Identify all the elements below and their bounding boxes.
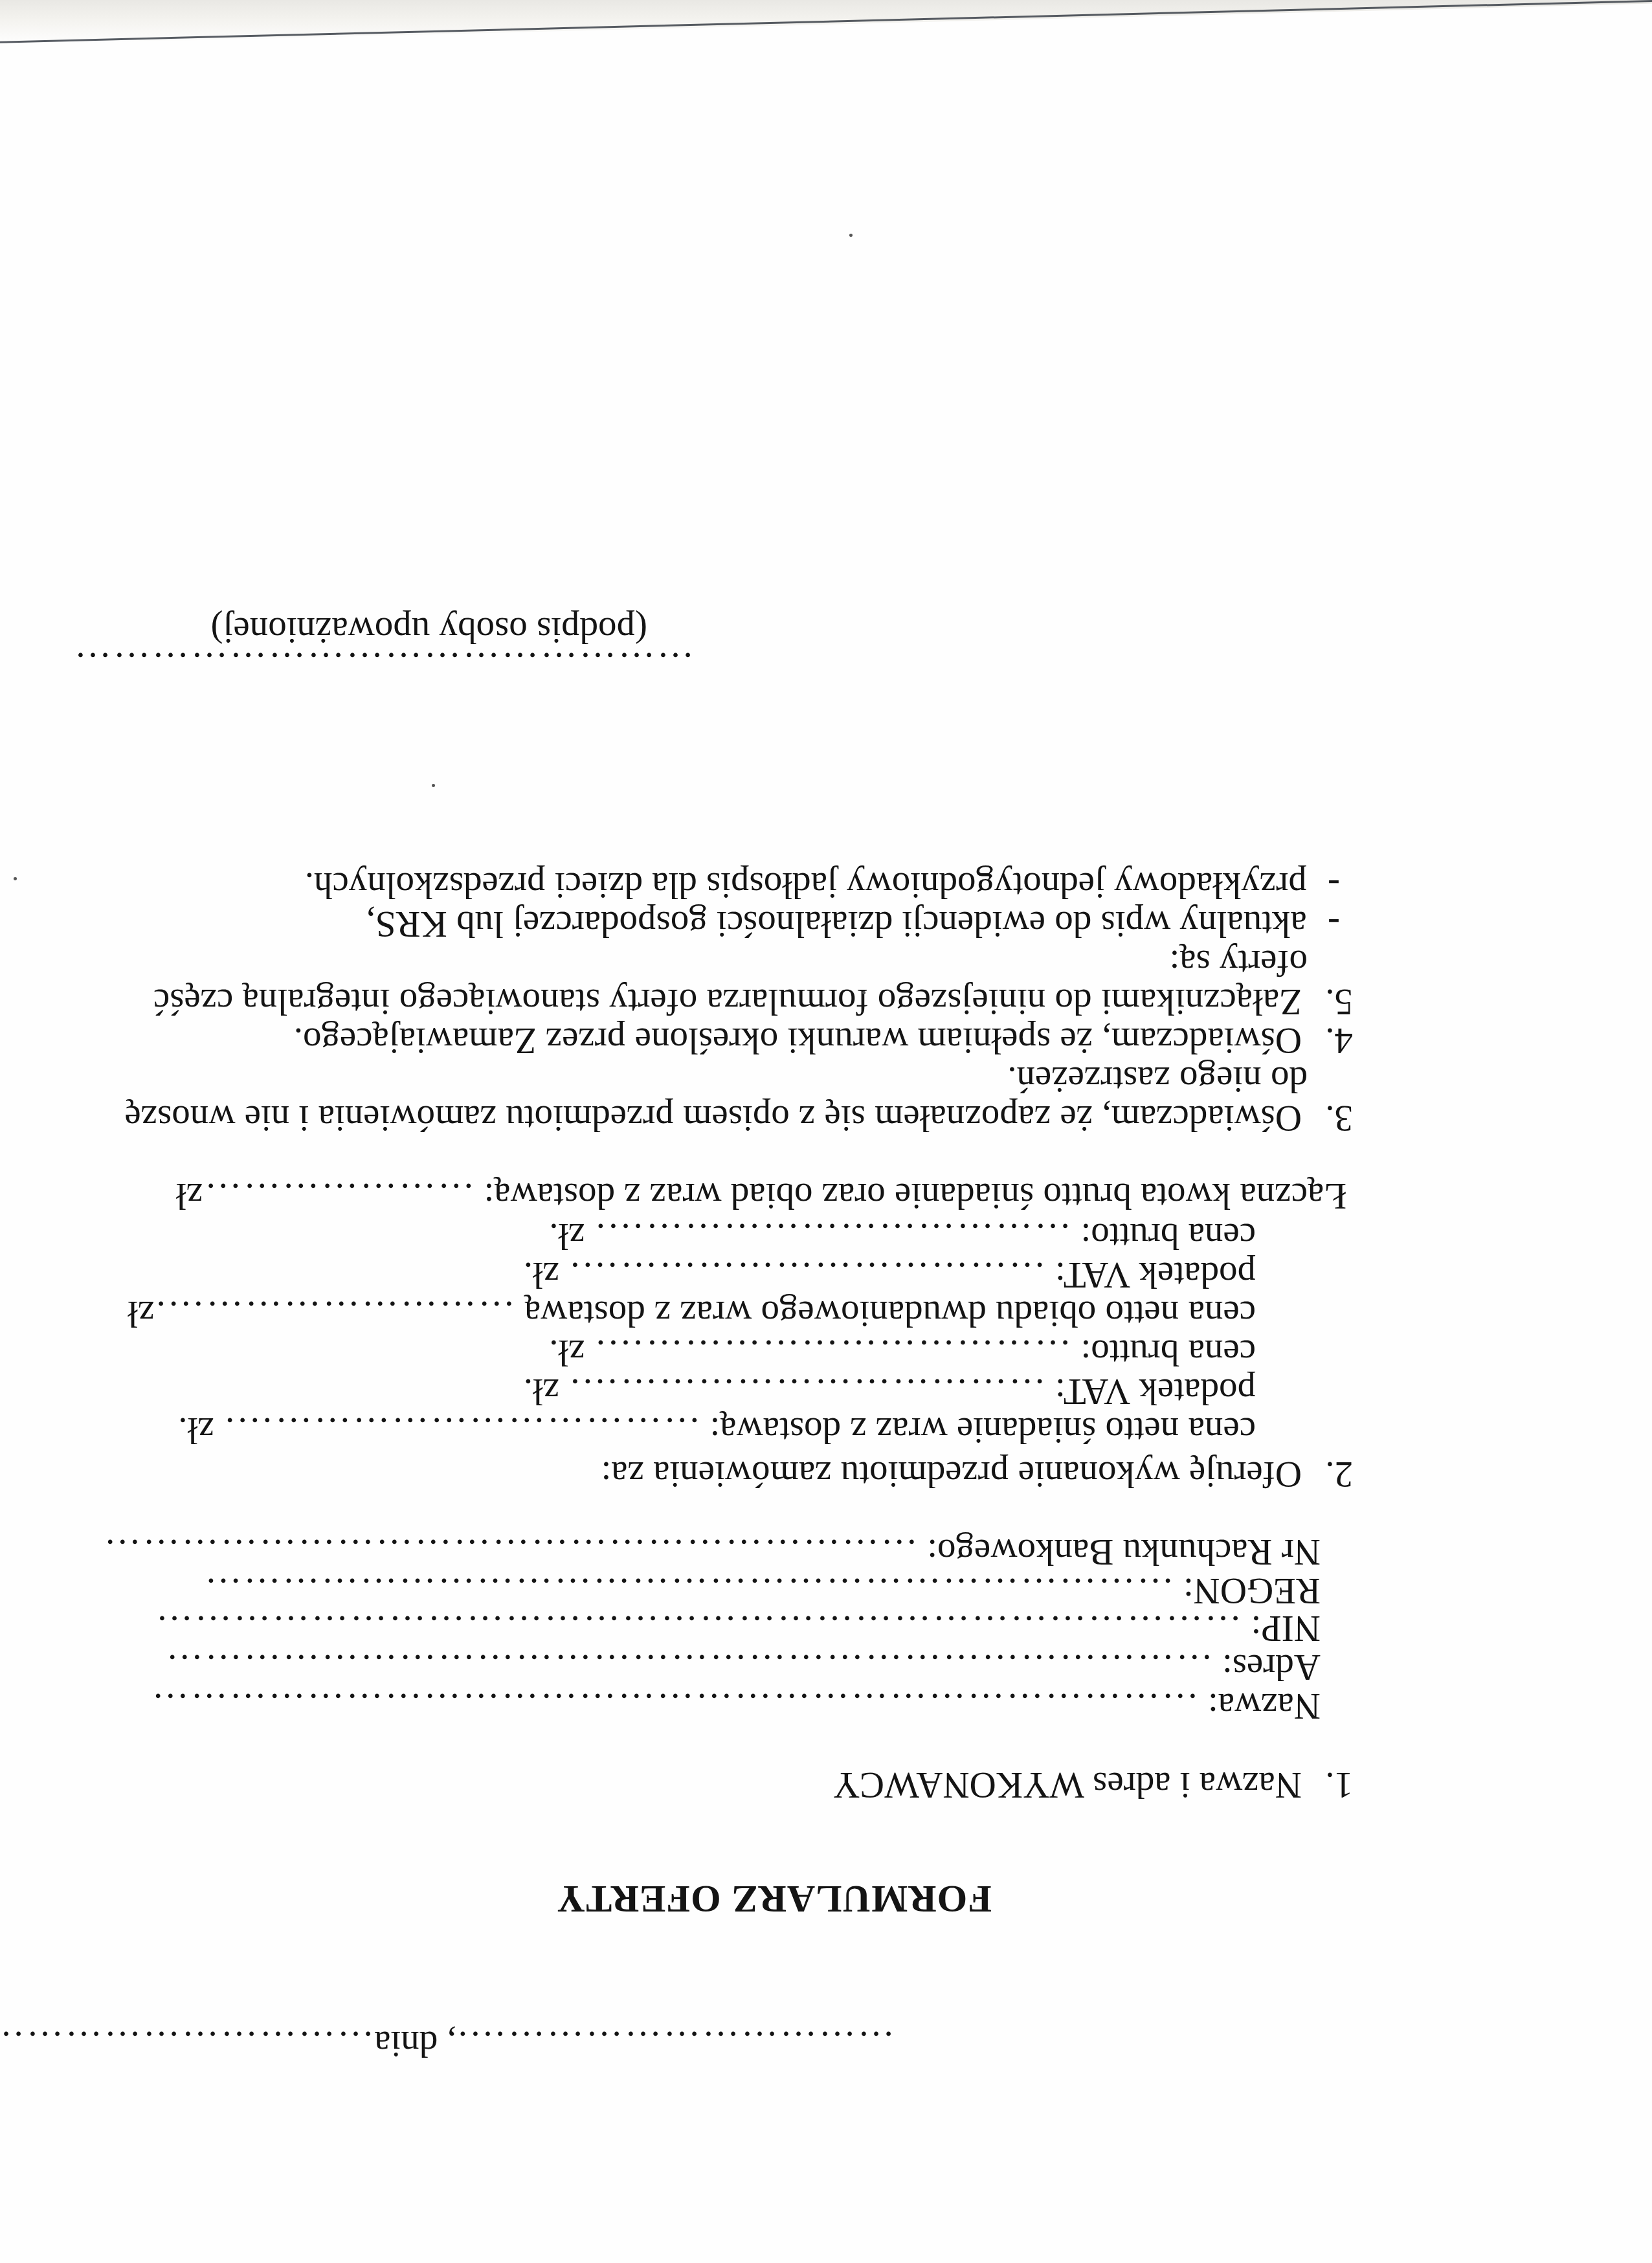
- lunch-vat-input[interactable]: ……………………………….: [568, 1254, 1045, 1295]
- breakfast-vat-row: podatek VAT: ………………………………. zł.: [524, 1373, 1256, 1410]
- lunch-net-input[interactable]: ……………………….: [154, 1293, 515, 1334]
- currency-unit: zł: [128, 1293, 154, 1334]
- section4-number: 4.: [1325, 1020, 1353, 1061]
- field-adres: Adres: ………………………………………………………………………: [164, 1649, 1321, 1686]
- breakfast-vat-label: podatek VAT:: [1055, 1371, 1256, 1412]
- signature-field[interactable]: …………………………………………: [73, 647, 694, 684]
- section3-line2: do niego zastrzeżeń.: [1007, 1061, 1308, 1098]
- field-bank-account: Nr Rachunku Bankowego: ………………………………………………: [102, 1533, 1321, 1570]
- section5-line1: 5. Załącznikami do niniejszego formularz…: [153, 983, 1353, 1020]
- section2-title: Oferuję wykonanie przedmiotu zamówienia …: [601, 1454, 1302, 1495]
- currency-unit: zł.: [549, 1216, 585, 1256]
- section2-heading: 2. Oferuję wykonanie przedmiotu zamówien…: [601, 1456, 1353, 1493]
- field-label: Nr Rachunku Bankowego:: [927, 1532, 1321, 1572]
- dnia-label: dnia: [374, 2023, 438, 2064]
- scan-speck: [14, 877, 17, 880]
- attachment-item: - przykładowy jednotygodniowy jadłospis …: [305, 867, 1340, 904]
- scan-speck: [862, 991, 865, 994]
- breakfast-net-label: cena netto śniadanie wraz z dostawą:: [709, 1410, 1256, 1451]
- field-label: Adres:: [1222, 1647, 1321, 1688]
- section1-number: 1.: [1325, 1765, 1353, 1805]
- lunch-gross-input[interactable]: ……………………………….: [594, 1216, 1071, 1256]
- scanned-page: ……………………………., dnia…………………………… FORMULARZ …: [0, 0, 1652, 2263]
- section3-line1: 3. Oświadczam, że zapoznałem się z opise…: [124, 1100, 1353, 1137]
- section1-title: Nazwa i adres WYKONAWCY: [833, 1765, 1302, 1805]
- lunch-gross-row: cena brutto: ………………………………. zł.: [549, 1218, 1256, 1254]
- field-label: REGON:: [1183, 1570, 1321, 1611]
- regon-input[interactable]: …………………………………………………………………: [203, 1570, 1174, 1611]
- bullet: -: [1328, 865, 1340, 906]
- scanner-edge: [0, 0, 1652, 45]
- section5-number: 5.: [1325, 981, 1353, 1022]
- date-field[interactable]: ……………………………: [0, 2023, 374, 2064]
- currency-unit: zł.: [549, 1332, 585, 1373]
- lunch-net-row: cena netto obiadu dwudaniowego wraz z do…: [128, 1295, 1256, 1332]
- section2-number: 2.: [1325, 1454, 1353, 1495]
- field-nip: NIP: …………………………………………………………………………: [154, 1610, 1321, 1647]
- currency-unit: zł.: [178, 1410, 214, 1451]
- adres-input[interactable]: ………………………………………………………………………: [164, 1647, 1213, 1688]
- scan-speck: [849, 234, 853, 237]
- section3-number: 3.: [1325, 1098, 1353, 1139]
- total-row: Łączna kwota brutto śniadanie oraz obiad…: [176, 1177, 1346, 1214]
- field-nazwa: Nazwa: ………………………………………………………………………: [150, 1688, 1321, 1724]
- scan-speck: [432, 784, 435, 787]
- total-label: Łączna kwota brutto śniadanie oraz obiad…: [484, 1176, 1346, 1216]
- section5-line2: oferty są:: [1169, 944, 1308, 981]
- field-label: NIP:: [1251, 1608, 1321, 1649]
- breakfast-net-input[interactable]: ……………………………….: [223, 1410, 700, 1451]
- lunch-vat-row: podatek VAT: ………………………………. zł.: [524, 1256, 1256, 1293]
- currency-unit: zł.: [524, 1371, 559, 1412]
- attachment-item: - aktualny wpis do ewidencji działalnośc…: [366, 906, 1340, 942]
- section4-line: 4. Oświadczam, że spełniam warunki okreś…: [294, 1022, 1353, 1059]
- lunch-net-label: cena netto obiadu dwudaniowego wraz z do…: [524, 1293, 1256, 1334]
- scanner-edge-line: [0, 0, 1652, 43]
- section1-heading: 1. Nazwa i adres WYKONAWCY: [833, 1767, 1353, 1803]
- breakfast-vat-input[interactable]: ……………………………….: [568, 1371, 1045, 1412]
- bank-account-input[interactable]: ………………………………………………………: [102, 1532, 918, 1572]
- section5-text: Załącznikami do niniejszego formularza o…: [153, 981, 1302, 1022]
- lunch-vat-label: podatek VAT:: [1055, 1254, 1256, 1295]
- attachment-text: aktualny wpis do ewidencji działalności …: [366, 904, 1307, 944]
- currency-unit: zł.: [524, 1254, 559, 1295]
- breakfast-gross-label: cena brutto:: [1080, 1332, 1256, 1373]
- currency-unit: zł: [176, 1176, 203, 1216]
- nazwa-input[interactable]: ………………………………………………………………………: [150, 1686, 1199, 1726]
- breakfast-gross-input[interactable]: ……………………………….: [594, 1332, 1071, 1373]
- page-title: FORMULARZ OFERTY: [557, 1880, 992, 1919]
- section4-text: Oświadczam, że spełniam warunki określon…: [294, 1020, 1302, 1061]
- lunch-gross-label: cena brutto:: [1080, 1216, 1256, 1256]
- bullet: -: [1328, 904, 1340, 944]
- place-field[interactable]: …………………………….: [456, 2023, 895, 2064]
- total-input[interactable]: …………………: [203, 1176, 474, 1216]
- section3-text: Oświadczam, że zapoznałem się z opisem p…: [124, 1098, 1302, 1139]
- breakfast-gross-row: cena brutto: ………………………………. zł.: [549, 1334, 1256, 1371]
- comma: ,: [447, 2023, 456, 2064]
- nip-input[interactable]: …………………………………………………………………………: [154, 1608, 1242, 1649]
- field-regon: REGON: …………………………………………………………………: [203, 1572, 1321, 1609]
- breakfast-net-row: cena netto śniadanie wraz z dostawą: …………: [178, 1412, 1256, 1449]
- signature-caption: (podpis osoby upoważnionej): [211, 612, 647, 649]
- field-label: Nazwa:: [1208, 1686, 1321, 1726]
- place-date-line: ……………………………., dnia……………………………: [0, 2025, 895, 2062]
- attachment-text: przykładowy jednotygodniowy jadłospis dl…: [305, 865, 1307, 906]
